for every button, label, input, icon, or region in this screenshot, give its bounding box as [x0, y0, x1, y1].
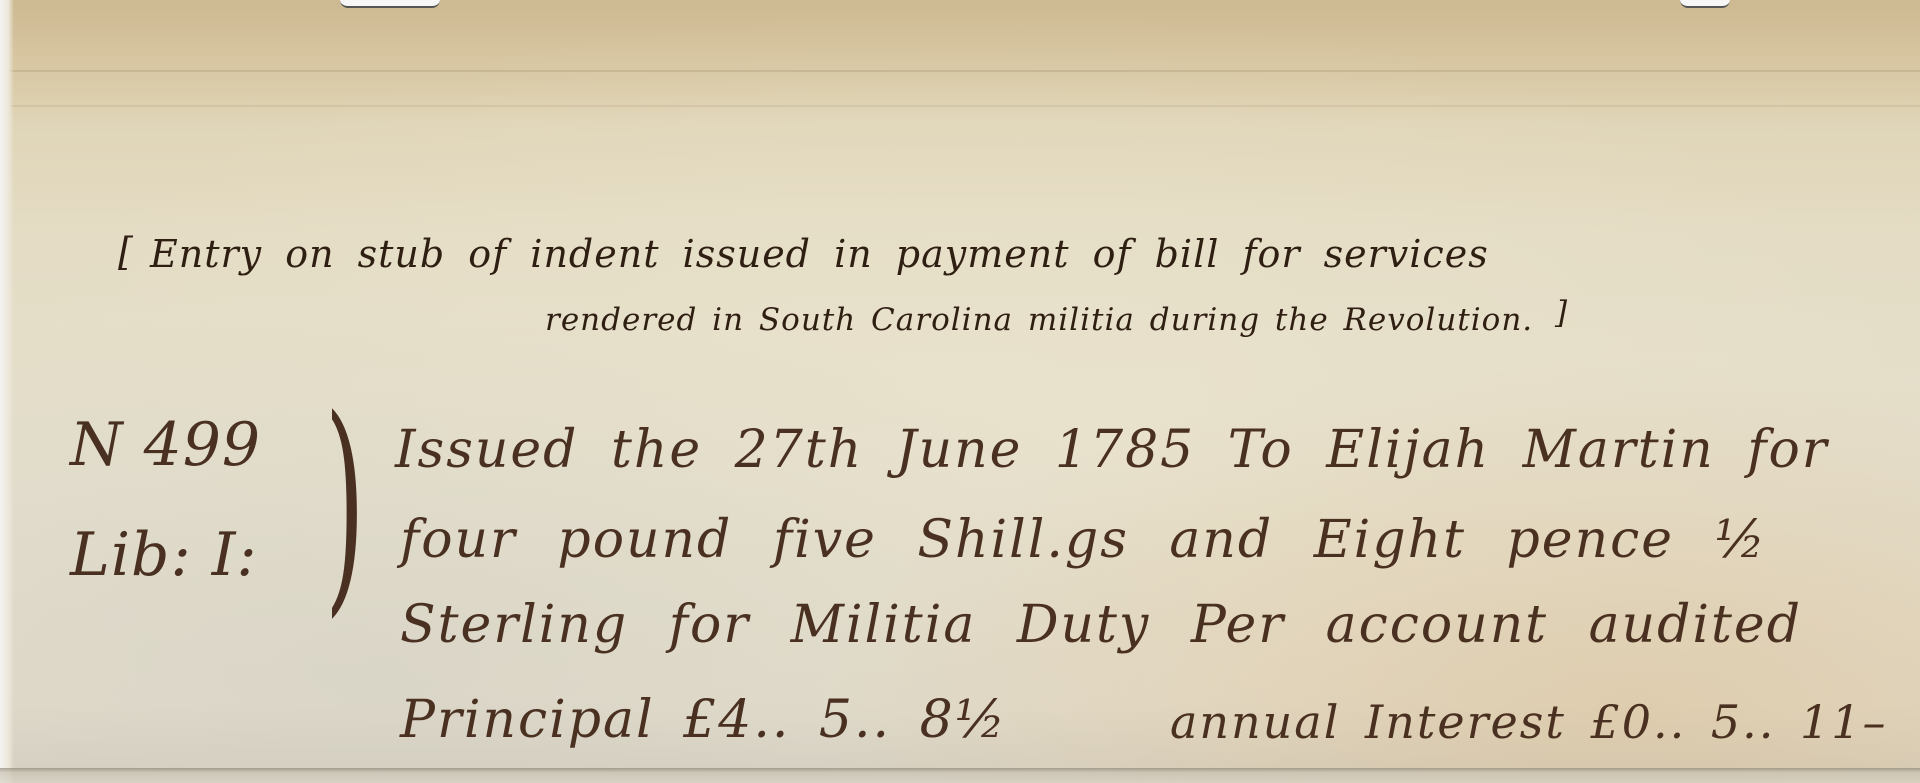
paper-tear: [1680, 0, 1730, 8]
paper-bottom-edge: [0, 768, 1920, 783]
body-line-3: Sterling for Militia Duty Per account au…: [400, 595, 1802, 655]
principal-amount: Principal £4.. 5.. 8½: [400, 690, 1007, 750]
paper-fold-shading: [0, 0, 1920, 120]
body-line-1: Issued the 27th June 1785 To Elijah Mart…: [395, 420, 1829, 480]
paper-left-edge: [0, 0, 14, 783]
header-close-bracket: ]: [1555, 295, 1568, 331]
paper-tear: [340, 0, 440, 8]
margin-brace: ): [325, 390, 365, 620]
header-open-bracket: [: [118, 230, 134, 274]
annual-interest: annual Interest £0.. 5.. 11–: [1170, 695, 1888, 749]
document-paper: [ Entry on stub of indent issued in paym…: [0, 0, 1920, 783]
header-line-2: rendered in South Carolina militia durin…: [545, 302, 1533, 338]
book-reference: Lib: I:: [70, 520, 258, 590]
fold-crease: [0, 70, 1920, 72]
body-line-2: four pound five Shill.gs and Eight pence…: [400, 510, 1767, 570]
fold-crease: [0, 105, 1920, 107]
indent-number: N 499: [70, 410, 261, 480]
header-line-1: Entry on stub of indent issued in paymen…: [150, 232, 1489, 276]
